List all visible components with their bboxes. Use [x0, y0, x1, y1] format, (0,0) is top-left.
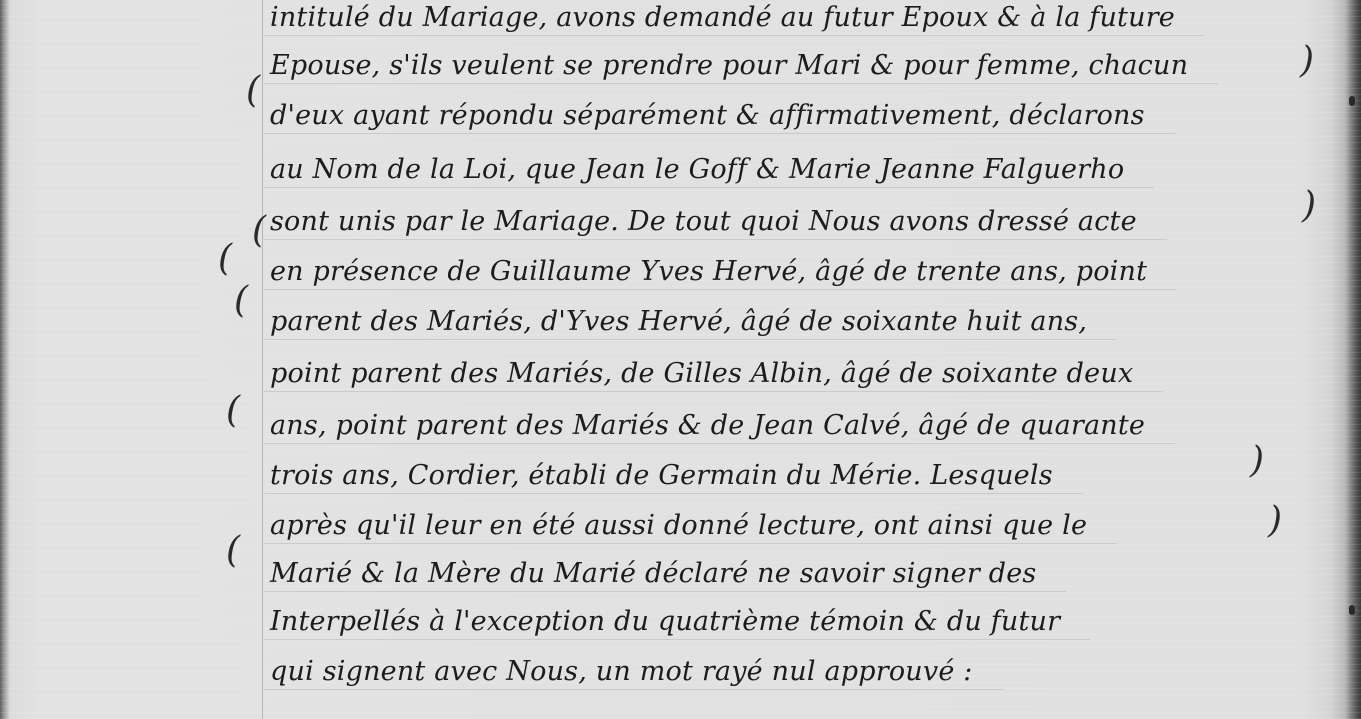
- line-end-flourish: ): [1300, 40, 1314, 81]
- binding-mark: [1349, 96, 1355, 106]
- line-end-flourish: ): [1302, 185, 1316, 226]
- margin-flourish: (: [246, 70, 260, 111]
- margin-flourish: (: [218, 238, 232, 279]
- text-line-10: trois ans, Cordier, établi de Germain du…: [270, 460, 1053, 500]
- text-line-14: qui signent avec Nous, un mot rayé nul a…: [270, 656, 973, 696]
- text-line-1: intitulé du Mariage, avons demandé au fu…: [270, 2, 1175, 42]
- line-end-flourish: ): [1268, 500, 1282, 541]
- text-line-13: Interpellés à l'exception du quatrième t…: [270, 606, 1060, 646]
- scanned-document-page: ( ( ( ( ( ( ) ) ) ) intitulé du Mariage,…: [0, 0, 1361, 719]
- margin-flourish: (: [234, 280, 248, 321]
- binding-mark: [1349, 605, 1355, 615]
- margin-flourish: (: [226, 530, 240, 571]
- margin-flourish: (: [226, 390, 240, 431]
- text-line-3: d'eux ayant répondu séparément & affirma…: [270, 100, 1145, 140]
- text-line-6: en présence de Guillaume Yves Hervé, âgé…: [270, 256, 1147, 296]
- text-line-8: point parent des Mariés, de Gilles Albin…: [270, 358, 1133, 398]
- text-line-7: parent des Mariés, d'Yves Hervé, âgé de …: [270, 306, 1087, 346]
- text-line-11: après qu'il leur en été aussi donné lect…: [270, 510, 1087, 550]
- left-margin-rule: [262, 0, 263, 719]
- margin-flourish: (: [252, 210, 266, 251]
- text-line-2: Epouse, s'ils veulent se prendre pour Ma…: [270, 50, 1188, 90]
- text-line-12: Marié & la Mère du Marié déclaré ne savo…: [270, 558, 1036, 598]
- text-line-5: sont unis par le Mariage. De tout quoi N…: [270, 206, 1137, 246]
- line-end-flourish: ): [1250, 440, 1264, 481]
- text-line-9: ans, point parent des Mariés & de Jean C…: [270, 410, 1145, 450]
- text-line-4: au Nom de la Loi, que Jean le Goff & Mar…: [270, 154, 1124, 194]
